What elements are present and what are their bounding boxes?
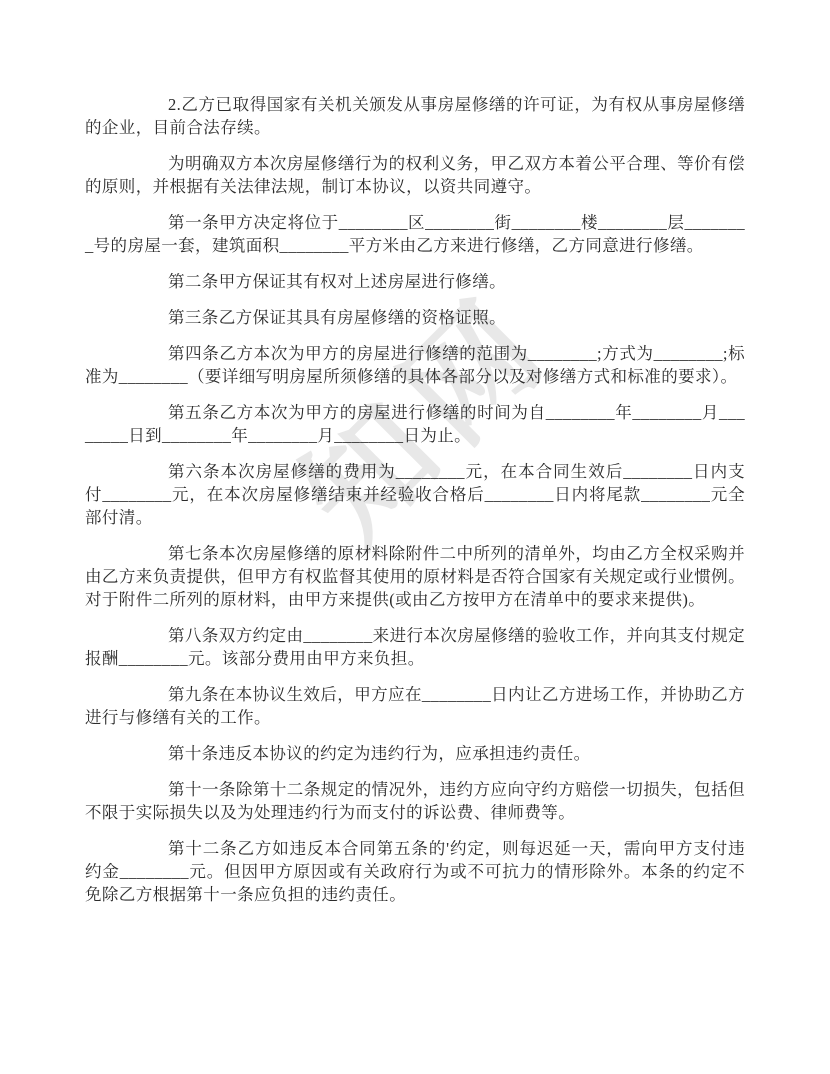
paragraph-article-1: 第一条甲方决定将位于________区________街________楼___… <box>85 211 745 257</box>
paragraph-article-11: 第十一条除第十二条规定的情况外，违约方应向守约方赔偿一切损失，包括但不限于实际损… <box>85 778 745 824</box>
paragraph-article-3: 第三条乙方保证其具有房屋修缮的资格证照。 <box>85 306 745 329</box>
paragraph-preamble: 为明确双方本次房屋修缮行为的权利义务，甲乙双方本着公平合理、等价有偿的原则，并根… <box>85 152 745 198</box>
paragraph-article-6: 第六条本次房屋修缮的费用为________元，在本合同生效后________日内… <box>85 460 745 529</box>
paragraph-party-b-qualification: 2.乙方已取得国家有关机关颁发从事房屋修缮的许可证，为有权从事房屋修缮的企业，目… <box>85 93 745 139</box>
paragraph-article-12: 第十二条乙方如违反本合同第五条的'约定，则每迟延一天，需向甲方支付违约金____… <box>85 837 745 906</box>
paragraph-article-10: 第十条违反本协议的约定为违约行为，应承担违约责任。 <box>85 742 745 765</box>
paragraph-article-8: 第八条双方约定由________来进行本次房屋修缮的验收工作，并向其支付规定报酬… <box>85 624 745 670</box>
paragraph-article-5: 第五条乙方本次为甲方的房屋进行修缮的时间为自________年________月… <box>85 401 745 447</box>
document-body: 2.乙方已取得国家有关机关颁发从事房屋修缮的许可证，为有权从事房屋修缮的企业，目… <box>85 93 745 919</box>
paragraph-article-2: 第二条甲方保证其有权对上述房屋进行修缮。 <box>85 270 745 293</box>
contract-document-page: 知网 2.乙方已取得国家有关机关颁发从事房屋修缮的许可证，为有权从事房屋修缮的企… <box>0 0 830 1074</box>
paragraph-article-4: 第四条乙方本次为甲方的房屋进行修缮的范围为________;方式为_______… <box>85 342 745 388</box>
paragraph-article-9: 第九条在本协议生效后，甲方应在________日内让乙方进场工作，并协助乙方进行… <box>85 683 745 729</box>
paragraph-article-7: 第七条本次房屋修缮的原材料除附件二中所列的清单外，均由乙方全权采购并由乙方来负责… <box>85 542 745 611</box>
